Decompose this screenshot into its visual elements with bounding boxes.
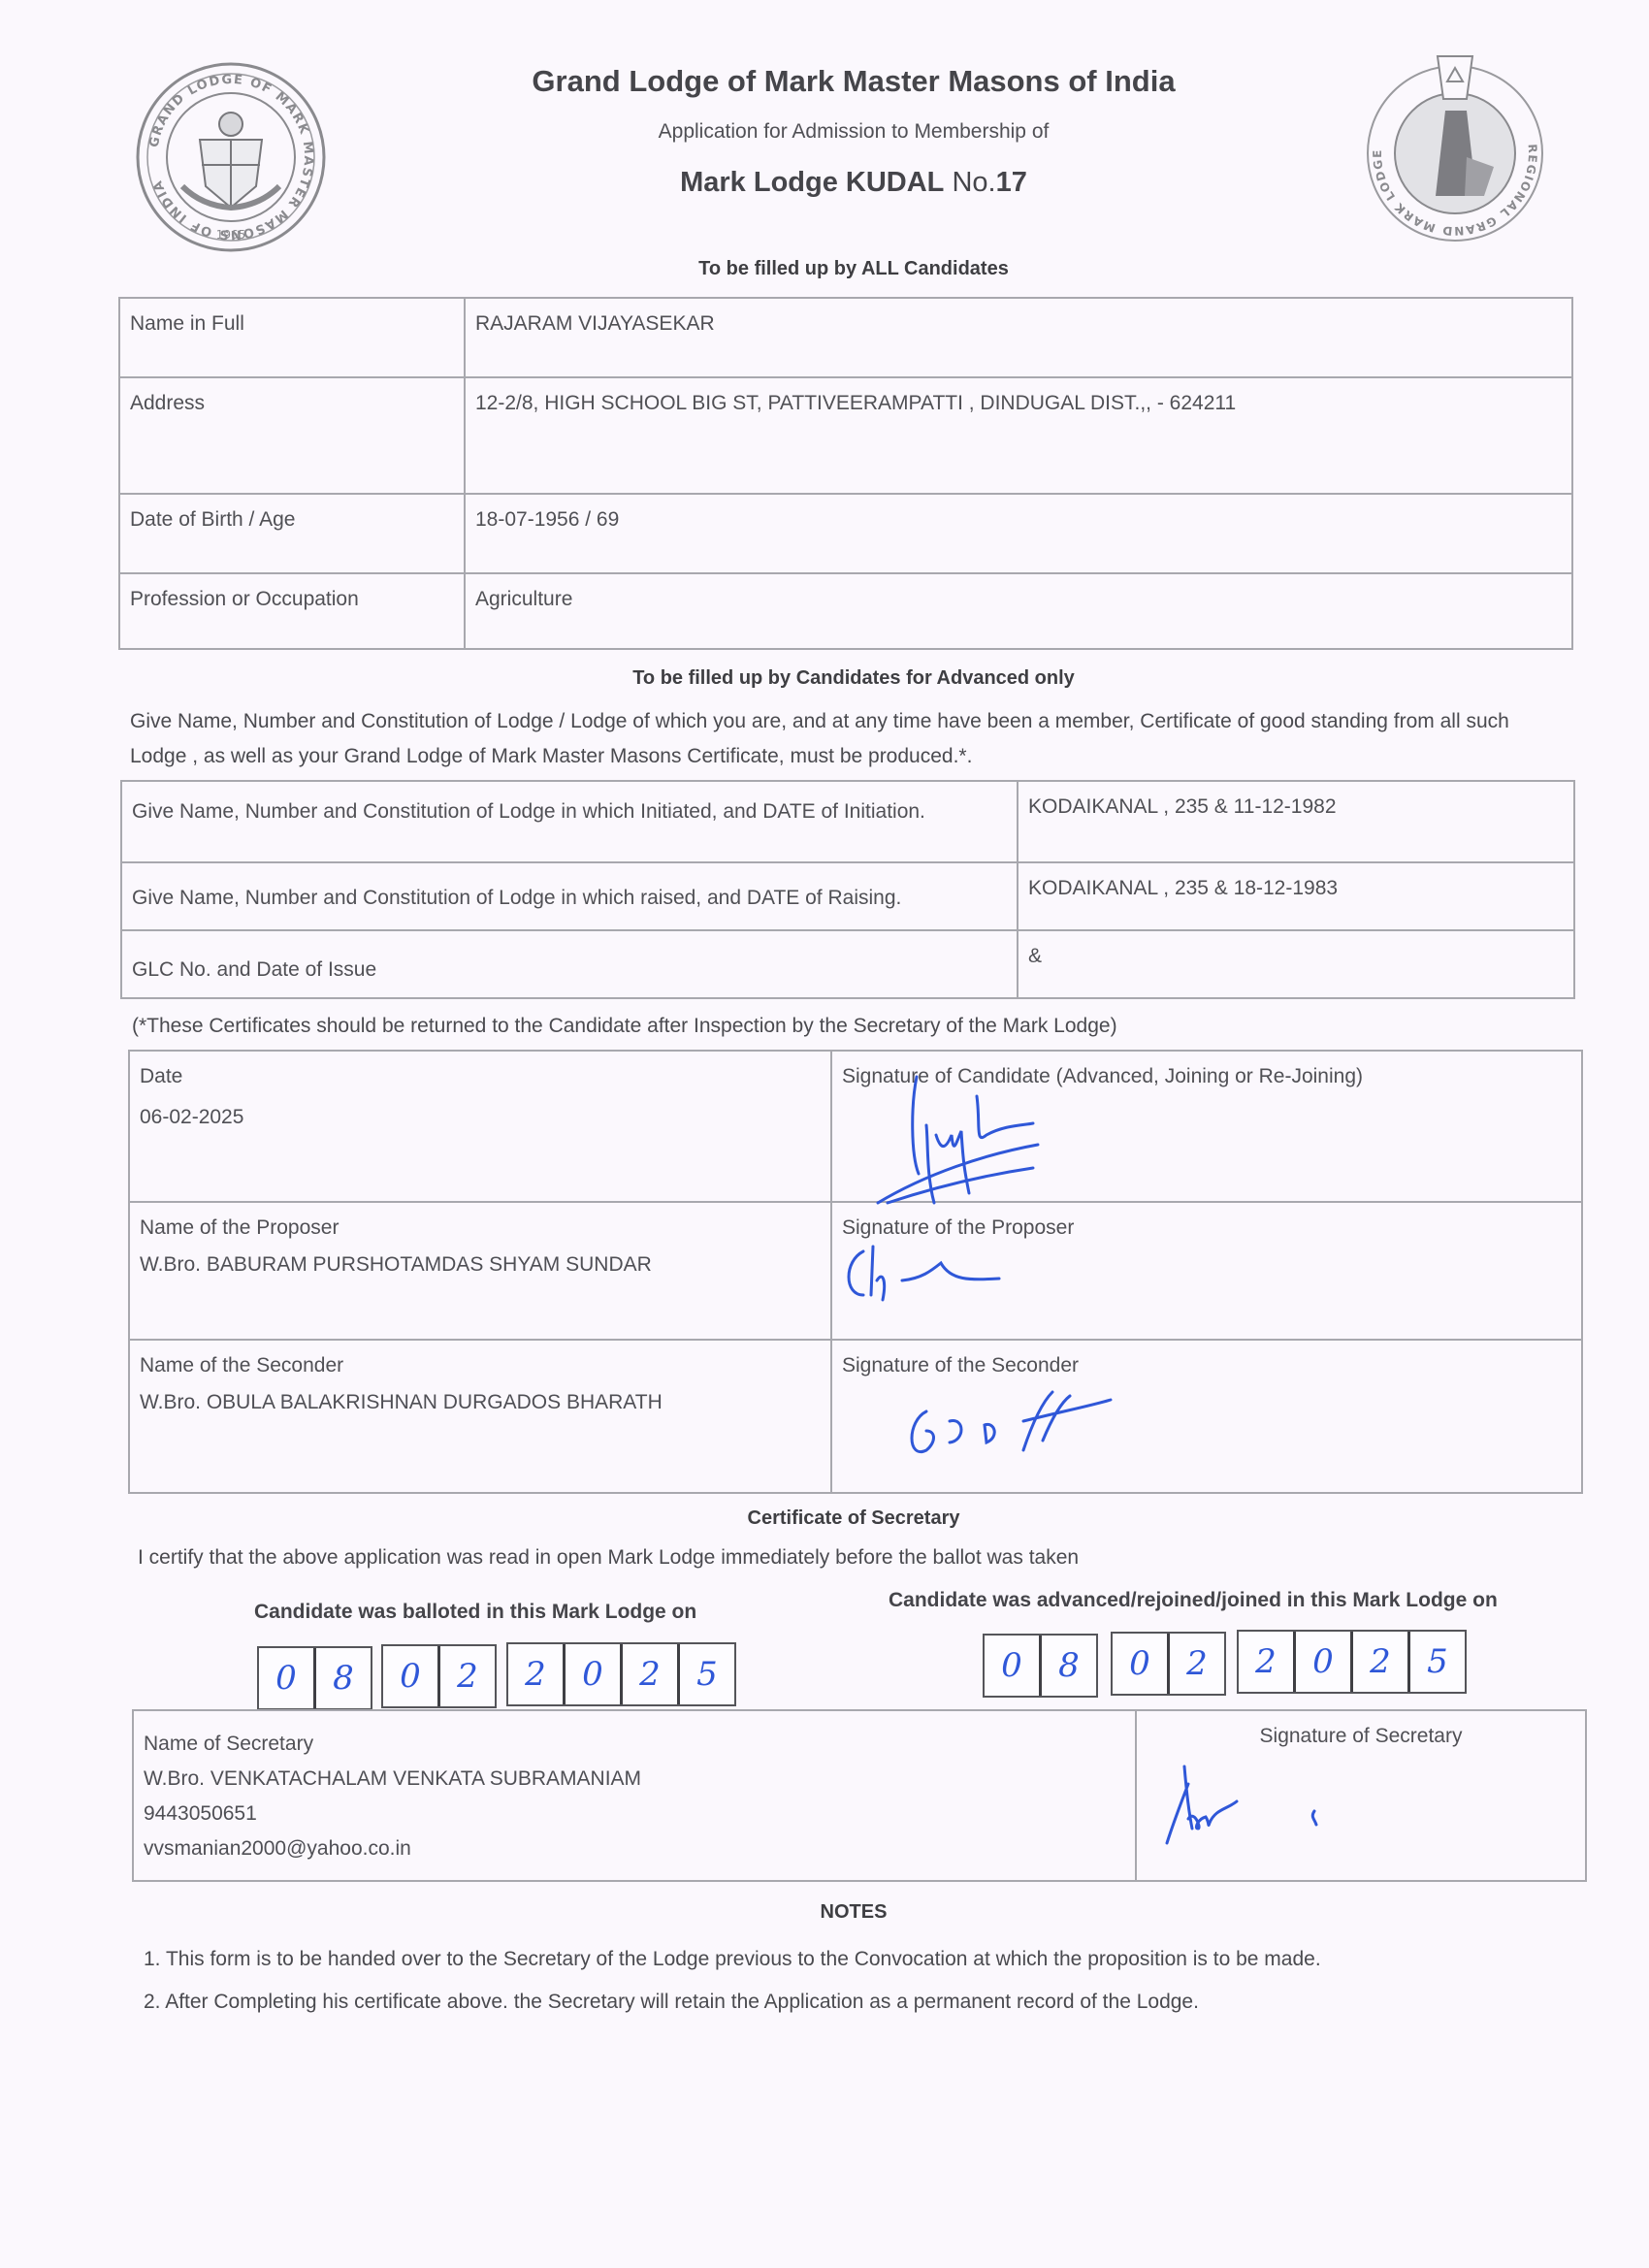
seconder-label: Name of the Seconder [140,1354,821,1377]
secretary-signature-cell[interactable]: Signature of Secretary [1136,1710,1586,1881]
proposer-name[interactable]: W.Bro. BABURAM PURSHOTAMDAS SHYAM SUNDAR [140,1253,821,1277]
seconder-cell: Name of the Seconder W.Bro. OBULA BALAKR… [129,1340,831,1493]
secretary-signature-label: Signature of Secretary [1147,1725,1575,1748]
date-value[interactable]: 06-02-2025 [140,1106,821,1129]
certify-statement: I certify that the above application was… [138,1540,1496,1575]
date-label: Date [140,1065,821,1088]
advanced-table: Give Name, Number and Constitution of Lo… [120,780,1575,999]
secretary-email[interactable]: vvsmanian2000@yahoo.co.in [144,1831,1125,1866]
balloted-label: Candidate was balloted in this Mark Lodg… [254,1601,696,1624]
row-label: Give Name, Number and Constitution of Lo… [121,862,1018,930]
name-in-full-value[interactable]: RAJARAM VIJAYASEKAR [465,298,1572,377]
notes-heading: NOTES [369,1901,1339,1924]
table-row: Address 12-2/8, HIGH SCHOOL BIG ST, PATT… [119,377,1572,494]
date-cell: Date 06-02-2025 [129,1051,831,1202]
table-row: Name of the Seconder W.Bro. OBULA BALAKR… [129,1340,1582,1493]
dob-age-value[interactable]: 18-07-1956 / 69 [465,494,1572,573]
row-label: Name in Full [119,298,465,377]
table-row: Date of Birth / Age 18-07-1956 / 69 [119,494,1572,573]
table-row: Name of Secretary W.Bro. VENKATACHALAM V… [133,1710,1586,1881]
date-digit: 0 [259,1648,316,1708]
date-digit: 0 [1113,1634,1170,1694]
table-row: Give Name, Number and Constitution of Lo… [121,862,1574,930]
candidate-signature-label: Signature of Candidate (Advanced, Joinin… [842,1065,1571,1088]
proposer-signature-cell[interactable]: Signature of the Proposer [831,1202,1582,1340]
row-label: Address [119,377,465,494]
date-digit: 0 [383,1646,440,1706]
glc-value[interactable]: & [1018,930,1574,998]
proposer-signature-label: Signature of the Proposer [842,1216,1571,1240]
advanced-month-input[interactable]: 0 2 [1111,1632,1226,1696]
date-digit: 5 [1410,1632,1465,1692]
table-row: Name of the Proposer W.Bro. BABURAM PURS… [129,1202,1582,1340]
date-digit: 8 [1042,1636,1096,1696]
svg-text:1965: 1965 [216,228,246,242]
address-value[interactable]: 12-2/8, HIGH SCHOOL BIG ST, PATTIVEERAMP… [465,377,1572,494]
date-digit: 0 [985,1636,1042,1696]
advanced-joined-label: Candidate was advanced/rejoined/joined i… [889,1589,1498,1612]
document-subtitle: Application for Admission to Membership … [369,120,1339,144]
table-row: Profession or Occupation Agriculture [119,573,1572,649]
advanced-instructions: Give Name, Number and Constitution of Lo… [130,704,1566,774]
secretary-details-cell: Name of Secretary W.Bro. VENKATACHALAM V… [133,1710,1136,1881]
certificates-footnote: (*These Certificates should be returned … [132,1009,1568,1044]
lodge-prefix: Mark Lodge KUDAL [680,167,944,198]
advanced-day-input[interactable]: 0 8 [983,1634,1098,1698]
balloted-month-input[interactable]: 0 2 [381,1644,497,1708]
date-digit: 2 [1353,1632,1410,1692]
date-digit: 2 [440,1646,495,1706]
date-digit: 0 [566,1644,623,1704]
seconder-signature-label: Signature of the Seconder [842,1354,1571,1377]
secretary-table: Name of Secretary W.Bro. VENKATACHALAM V… [132,1709,1587,1882]
date-digit: 8 [316,1648,371,1708]
balloted-year-input[interactable]: 2 0 2 5 [506,1642,736,1706]
date-digit: 5 [680,1644,734,1704]
date-digit: 0 [1296,1632,1353,1692]
table-row: Name in Full RAJARAM VIJAYASEKAR [119,298,1572,377]
candidate-details-table: Name in Full RAJARAM VIJAYASEKAR Address… [118,297,1573,650]
profession-value[interactable]: Agriculture [465,573,1572,649]
lodge-no-label: No. [952,167,995,198]
row-label: Date of Birth / Age [119,494,465,573]
table-row: Give Name, Number and Constitution of Lo… [121,781,1574,862]
table-row: Date 06-02-2025 Signature of Candidate (… [129,1051,1582,1202]
raising-value[interactable]: KODAIKANAL , 235 & 18-12-1983 [1018,862,1574,930]
lodge-number: 17 [996,167,1027,198]
lodge-name: Mark Lodge KUDAL No.17 [369,167,1339,199]
note-item: 1. This form is to be handed over to the… [144,1948,1579,1971]
seconder-signature-cell[interactable]: Signature of the Seconder [831,1340,1582,1493]
date-digit: 2 [623,1644,680,1704]
proposer-label: Name of the Proposer [140,1216,821,1240]
regional-lodge-seal-icon: REGIONAL GRAND MARK LODGE SOUTHERN INDIA [1358,50,1552,244]
row-label: GLC No. and Date of Issue [121,930,1018,998]
advanced-year-input[interactable]: 2 0 2 5 [1237,1630,1467,1694]
grand-lodge-seal-icon: GRAND LODGE OF MARK MASTER MASONS OF IND… [134,60,328,254]
proposer-cell: Name of the Proposer W.Bro. BABURAM PURS… [129,1202,831,1340]
secretary-name[interactable]: W.Bro. VENKATACHALAM VENKATA SUBRAMANIAM [144,1762,1125,1797]
balloted-day-input[interactable]: 0 8 [257,1646,372,1710]
secretary-name-label: Name of Secretary [144,1727,1125,1762]
table-row: GLC No. and Date of Issue & [121,930,1574,998]
date-digit: 2 [1239,1632,1296,1692]
all-candidates-heading: To be filled up by ALL Candidates [369,258,1339,280]
row-label: Profession or Occupation [119,573,465,649]
date-digit: 2 [1170,1634,1224,1694]
secretary-phone[interactable]: 9443050651 [144,1797,1125,1831]
advanced-heading: To be filled up by Candidates for Advanc… [369,667,1339,690]
secretary-certificate-heading: Certificate of Secretary [369,1507,1339,1530]
note-item: 2. After Completing his certificate abov… [144,1991,1579,2014]
candidate-signature-cell[interactable]: Signature of Candidate (Advanced, Joinin… [831,1051,1582,1202]
row-label: Give Name, Number and Constitution of Lo… [121,781,1018,862]
date-digit: 2 [508,1644,566,1704]
signatures-table: Date 06-02-2025 Signature of Candidate (… [128,1050,1583,1494]
document-title: Grand Lodge of Mark Master Masons of Ind… [369,64,1339,99]
initiation-value[interactable]: KODAIKANAL , 235 & 11-12-1982 [1018,781,1574,862]
seconder-name[interactable]: W.Bro. OBULA BALAKRISHNAN DURGADOS BHARA… [140,1391,821,1414]
